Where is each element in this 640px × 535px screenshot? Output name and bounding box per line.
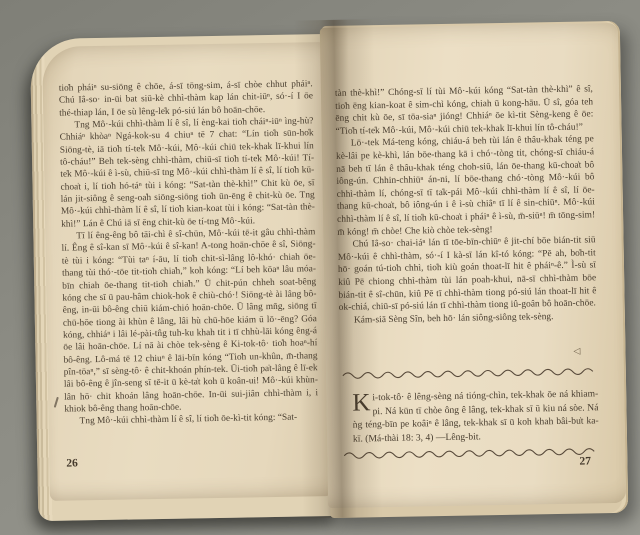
paragraph: Chú Iâ-so· chai-iáⁿ lán tī tōe-bīn-chiūⁿ…	[337, 234, 596, 314]
right-page-text: tàn thè-khì!” Chóng-sī lí tùi Mô·-kúi kó…	[335, 83, 598, 373]
margin-triangle-mark: ◁	[573, 346, 580, 357]
paragraph: Lō·-tek Má-teng kóng, chiáu-á beh tùi lá…	[336, 134, 596, 239]
photo-background: tio̍h pháiⁿ su-siōng ê chōe, á-sī tōng-s…	[0, 0, 640, 535]
page-number-right: 27	[579, 455, 591, 467]
paragraph: Tī lí êng-êng bô tāi-chì ê sî-chūn, Mô·-…	[61, 226, 318, 416]
paragraph: Tng Mô·-kúi chhì-thàm lí ê sî, lí èng-ka…	[59, 115, 315, 231]
pencil-mark	[54, 397, 59, 408]
open-book: tio̍h pháiⁿ su-siōng ê chōe, á-sī tōng-s…	[22, 13, 637, 525]
left-page: tio̍h pháiⁿ su-siōng ê chōe, á-sī tōng-s…	[42, 42, 330, 501]
right-page: tàn thè-khì!” Chóng-sī lí tùi Mô·-kúi kó…	[320, 23, 626, 508]
paragraph: tàn thè-khì!” Chóng-sī lí tùi Mô·-kúi kó…	[335, 83, 594, 138]
footnote-quote: Ki-tok-tô· ê lêng-sèng ná tióng-chìn, te…	[352, 387, 599, 446]
footnote-text: i-tok-tô· ê lêng-sèng ná tióng-chìn, tek…	[353, 388, 599, 444]
wavy-divider-bottom	[343, 447, 595, 459]
paragraph: tio̍h pháiⁿ su-siōng ê chōe, á-sī tōng-s…	[59, 78, 314, 119]
drop-cap: K	[352, 391, 372, 413]
left-page-text: tio̍h pháiⁿ su-siōng ê chōe, á-sī tōng-s…	[59, 78, 320, 470]
page-number-left: 26	[66, 457, 78, 469]
